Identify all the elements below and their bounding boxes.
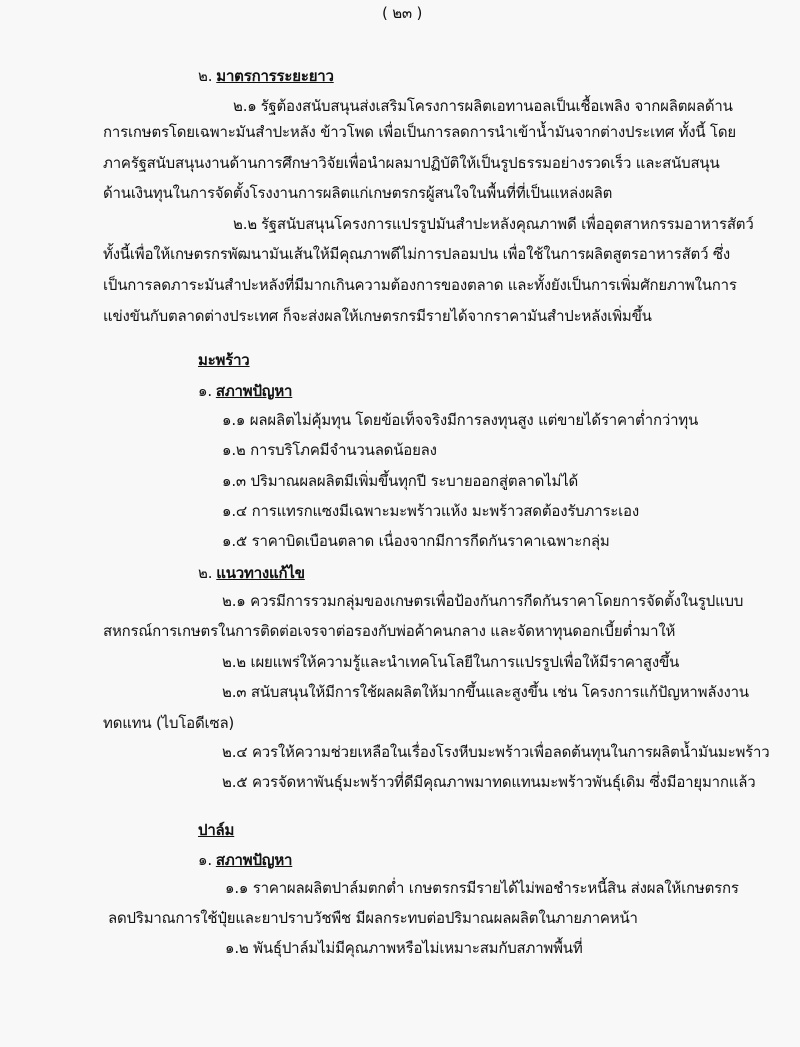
list-item-continuation: สหกรณ์การเกษตรในการติดต่อเจรจาต่อรองกับพ…	[103, 621, 675, 641]
paragraph-line: ภาครัฐสนับสนุนงานด้านการศึกษาวิจัยเพื่อน…	[103, 153, 720, 173]
paragraph-line: ทั้งนี้เพื่อให้เกษตรกรพัฒนามันเส้นให้มีค…	[103, 244, 730, 264]
item-number: ๒.๒	[233, 215, 257, 233]
paragraph-line: เป็นการลดภาระมันสำปะหลังที่มีมากเกินความ…	[103, 275, 737, 295]
section-heading-long-term: ๒.มาตรการระยะยาว	[198, 66, 334, 86]
item-text: รัฐต้องสนับสนุนส่งเสริมโครงการผลิตเอทานอ…	[261, 97, 733, 115]
section-number: ๒.	[198, 67, 212, 85]
paragraph-line: ด้านเงินทุนในการจัดตั้งโรงงานการผลิตแก่เ…	[103, 183, 612, 203]
list-item: ๑.๓ ปริมาณผลผลิตมีเพิ่มขึ้นทุกปี ระบายออ…	[222, 471, 578, 491]
item-text: รัฐสนับสนุนโครงการแปรรูปมันสำปะหลังคุณภา…	[261, 215, 754, 233]
document-page: ( ๒๓ ) ๒.มาตรการระยะยาว ๒.๑รัฐต้องสนับสน…	[0, 0, 800, 1047]
list-item: ๑.๑ ผลผลิตไม่คุ้มทุน โดยข้อเท็จจริงมีการ…	[222, 410, 698, 430]
page-number: ( ๒๓ )	[382, 3, 422, 23]
list-item: ๒.๕ ควรจัดหาพันธุ์มะพร้าวที่ดีมีคุณภาพมา…	[222, 772, 755, 792]
list-item: ๑.๔ การแทรกแซงมีเฉพาะมะพร้าวแห้ง มะพร้าว…	[222, 501, 639, 521]
section-title: มาตรการระยะยาว	[216, 67, 333, 85]
paragraph-line: ๒.๒รัฐสนับสนุนโครงการแปรรูปมันสำปะหลังคุ…	[233, 214, 754, 234]
list-item: ๒.๓ สนับสนุนให้มีการใช้ผลผลิตให้มากขึ้นแ…	[222, 682, 749, 702]
subsection-heading-problems: ๑.สภาพปัญหา	[198, 850, 292, 870]
paragraph-line: แข่งขันกับตลาดต่างประเทศ ก็จะส่งผลให้เกษ…	[103, 306, 652, 326]
subsection-title: สภาพปัญหา	[216, 851, 292, 869]
list-item: ๑.๒ พันธุ์ปาล์มไม่มีคุณภาพหรือไม่เหมาะสม…	[225, 938, 583, 958]
list-item: ๒.๒ เผยแพร่ให้ความรู้และนำเทคโนโลยีในการ…	[222, 652, 679, 672]
subsection-number: ๑.	[198, 382, 212, 400]
list-item: ๒.๔ ควรให้ความช่วยเหลือในเรื่องโรงหีบมะพ…	[222, 742, 769, 762]
subsection-heading-problems: ๑.สภาพปัญหา	[198, 381, 292, 401]
list-item-continuation: ทดแทน (ไบโอดีเซล)	[103, 713, 234, 733]
list-item: ๑.๑ ราคาผลผลิตปาล์มตกต่ำ เกษตรกรมีรายได้…	[225, 878, 739, 898]
crop-heading-coconut: มะพร้าว	[198, 350, 250, 370]
list-item-continuation: ลดปริมาณการใช้ปุ๋ยและยาปราบวัชพืช มีผลกร…	[108, 908, 638, 928]
subsection-number: ๑.	[198, 851, 212, 869]
subsection-number: ๒.	[198, 564, 212, 582]
subsection-title: สภาพปัญหา	[216, 382, 292, 400]
list-item: ๑.๒ การบริโภคมีจำนวนลดน้อยลง	[222, 440, 437, 460]
paragraph-line: ๒.๑รัฐต้องสนับสนุนส่งเสริมโครงการผลิตเอท…	[233, 96, 733, 116]
crop-heading-palm: ปาล์ม	[198, 820, 234, 840]
list-item: ๒.๑ ควรมีการรวมกลุ่มของเกษตรเพื่อป้องกัน…	[222, 591, 743, 611]
item-number: ๒.๑	[233, 97, 257, 115]
list-item: ๑.๕ ราคาบิดเบือนตลาด เนื่องจากมีการกีดกั…	[222, 531, 610, 551]
subsection-title: แนวทางแก้ไข	[216, 564, 305, 582]
subsection-heading-solutions: ๒.แนวทางแก้ไข	[198, 563, 305, 583]
paragraph-line: การเกษตรโดยเฉพาะมันสำปะหลัง ข้าวโพด เพื่…	[103, 122, 736, 142]
